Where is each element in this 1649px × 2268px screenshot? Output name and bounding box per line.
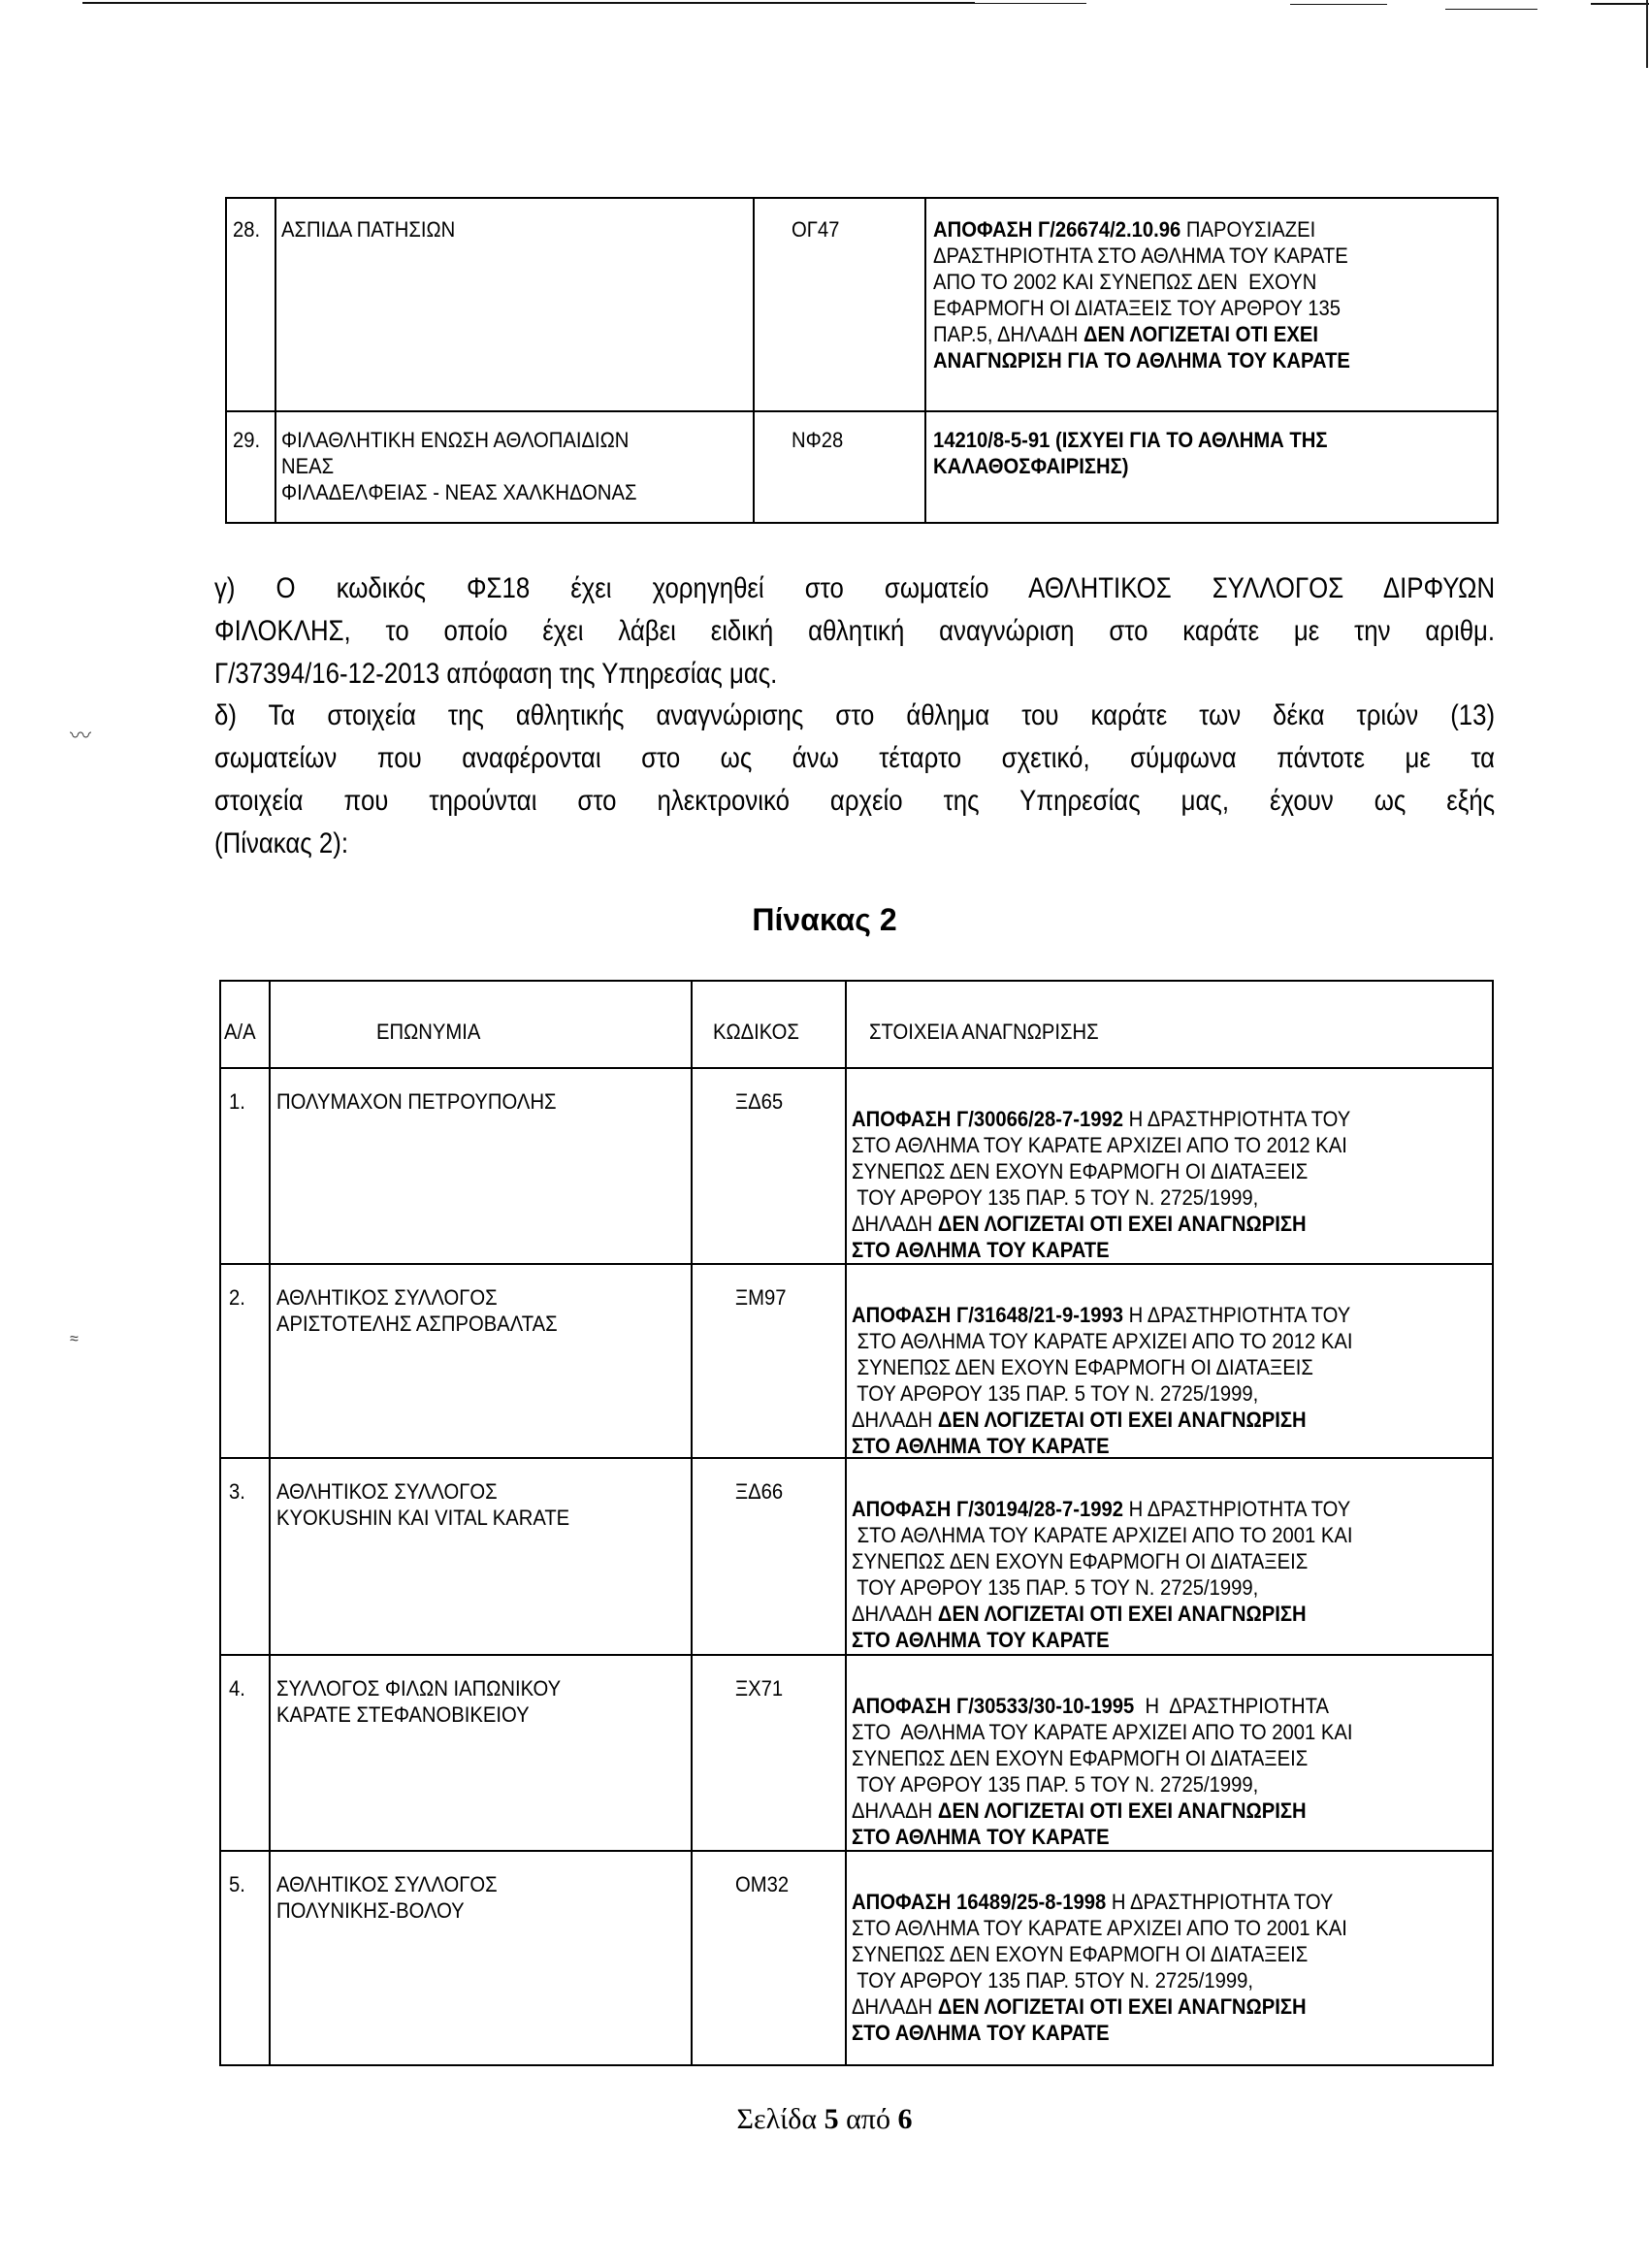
recognition-line: ΣΤΟ ΑΘΛΗΜΑ ΤΟΥ ΚΑΡΑΤΕ [852,1627,1110,1653]
row-number: 28. [233,216,260,243]
recognition-line: ΑΠΟΦΑΣΗ Γ/30194/28-7-1992 Η ΔΡΑΣΤΗΡΙΟΤΗΤ… [852,1496,1350,1522]
recognition-line: ΣΥΝΕΠΩΣ ΔΕΝ ΕΧΟΥΝ ΕΦΑΡΜΟΓΗ ΟΙ ΔΙΑΤΑΞΕΙΣ [852,1745,1308,1771]
paragraph-line: σωματείων που αναφέρονται στο ως άνω τέτ… [214,737,1495,780]
club-name: ΑΘΛΗΤΙΚΟΣ ΣΥΛΛΟΓΟΣ [276,1478,498,1505]
row-number: 2. [229,1284,245,1311]
paragraph-line: (Πίνακας 2): [214,823,1495,865]
recognition-line: ΣΥΝΕΠΩΣ ΔΕΝ ΕΧΟΥΝ ΕΦΑΡΜΟΓΗ ΟΙ ΔΙΑΤΑΞΕΙΣ [852,1941,1308,1967]
page-footer: Σελίδα 5 από 6 [0,2103,1649,2136]
paragraph-line: γ) Ο κωδικός ΦΣ18 έχει χορηγηθεί στο σωμ… [214,567,1495,610]
recognition-line: ΣΥΝΕΠΩΣ ΔΕΝ ΕΧΟΥΝ ΕΦΑΡΜΟΓΗ ΟΙ ΔΙΑΤΑΞΕΙΣ [852,1158,1308,1184]
recognition-line: ΣΤΟ ΑΘΛΗΜΑ ΤΟΥ ΚΑΡΑΤΕ [852,1824,1110,1850]
recognition-line: ΕΦΑΡΜΟΓΗ ΟΙ ΔΙΑΤΑΞΕΙΣ ΤΟΥ ΑΡΘΡΟΥ 135 [933,295,1341,321]
paragraph-line: ΦΙΛΟΚΛΗΣ, το οποίο έχει λάβει ειδική αθλ… [214,610,1495,653]
recognition-line: ΤΟΥ ΑΡΘΡΟΥ 135 ΠΑΡ. 5 ΤΟΥ Ν. 2725/1999, [852,1574,1258,1601]
recognition-line: ΑΠΟΦΑΣΗ Γ/30066/28-7-1992 Η ΔΡΑΣΤΗΡΙΟΤΗΤ… [852,1106,1350,1132]
recognition-line: ΑΠΟ ΤΟ 2002 ΚΑΙ ΣΥΝΕΠΩΣ ΔΕΝ ΕΧΟΥΝ [933,269,1316,295]
club-name: ΑΣΠΙΔΑ ΠΑΤΗΣΙΩΝ [281,216,455,243]
recognition-line: ΣΤΟ ΑΘΛΗΜΑ ΤΟΥ ΚΑΡΑΤΕ ΑΡΧΙΖΕΙ ΑΠΟ ΤΟ 200… [852,1915,1347,1941]
club-code: ΟΓ47 [792,216,839,243]
margin-scribble-icon: ≈ [70,1331,79,1348]
recognition-line: ΤΟΥ ΑΡΘΡΟΥ 135 ΠΑΡ. 5 ΤΟΥ Ν. 2725/1999, [852,1184,1258,1211]
recognition-line: ΣΤΟ ΑΘΛΗΜΑ ΤΟΥ ΚΑΡΑΤΕ ΑΡΧΙΖΕΙ ΑΠΟ ΤΟ 201… [852,1328,1353,1354]
club-name: ΠΟΛΥΝΙΚΗΣ-ΒΟΛΟΥ [276,1897,465,1924]
recognition-line: ΣΤΟ ΑΘΛΗΜΑ ΤΟΥ ΚΑΡΑΤΕ ΑΡΧΙΖΕΙ ΑΠΟ ΤΟ 201… [852,1132,1347,1158]
club-code: ΟΜ32 [735,1871,789,1897]
club-code: ΞΔ66 [735,1478,783,1505]
table-continuation: 28.ΑΣΠΙΔΑ ΠΑΤΗΣΙΩΝΟΓ47ΑΠΟΦΑΣΗ Γ/26674/2.… [225,197,1499,524]
club-name: ΣΥΛΛΟΓΟΣ ΦΙΛΩΝ ΙΑΠΩΝΙΚΟΥ [276,1675,561,1701]
club-name: KYOKUSHIN ΚΑΙ VITAL KARATE [276,1505,569,1531]
recognition-line: ΠΑΡ.5, ΔΗΛΑΔΗ ΔΕΝ ΛΟΓΙΖΕΤΑΙ ΟΤΙ ΕΧΕΙ [933,321,1318,347]
recognition-line: ΣΤΟ ΑΘΛΗΜΑ ΤΟΥ ΚΑΡΑΤΕ [852,2020,1110,2046]
row-number: 29. [233,427,260,453]
header-aa: Α/Α [224,1019,256,1045]
recognition-line: ΔΗΛΑΔΗ ΔΕΝ ΛΟΓΙΖΕΤΑΙ ΟΤΙ ΕΧΕΙ ΑΝΑΓΝΩΡΙΣΗ [852,1407,1307,1433]
recognition-line: ΑΠΟΦΑΣΗ Γ/31648/21-9-1993 Η ΔΡΑΣΤΗΡΙΟΤΗΤ… [852,1302,1350,1328]
club-code: ΞΧ71 [735,1675,783,1701]
recognition-line: ΤΟΥ ΑΡΘΡΟΥ 135 ΠΑΡ. 5 ΤΟΥ Ν. 2725/1999, [852,1771,1258,1798]
recognition-line: ΑΠΟΦΑΣΗ Γ/30533/30-10-1995 Η ΔΡΑΣΤΗΡΙΟΤΗ… [852,1693,1329,1719]
paragraph-line: δ) Τα στοιχεία της αθλητικής αναγνώρισης… [214,695,1495,737]
club-name: ΦΙΛΑΔΕΛΦΕΙΑΣ - ΝΕΑΣ ΧΑΛΚΗΔΟΝΑΣ [281,479,636,505]
row-number: 3. [229,1478,245,1505]
club-code: ΞΔ65 [735,1088,783,1115]
recognition-line: 14210/8-5-91 (ΙΣΧΥΕΙ ΓΙΑ ΤΟ ΑΘΛΗΜΑ ΤΗΣ [933,427,1328,453]
recognition-line: ΔΡΑΣΤΗΡΙΟΤΗΤΑ ΣΤΟ ΑΘΛΗΜΑ ΤΟΥ ΚΑΡΑΤΕ [933,243,1348,269]
header-name: ΕΠΩΝΥΜΙΑ [376,1019,480,1045]
club-code: ΝΦ28 [792,427,843,453]
club-name: ΚΑΡΑΤΕ ΣΤΕΦΑΝΟΒΙΚΕΙΟΥ [276,1701,530,1728]
recognition-line: ΣΤΟ ΑΘΛΗΜΑ ΤΟΥ ΚΑΡΑΤΕ ΑΡΧΙΖΕΙ ΑΠΟ ΤΟ 200… [852,1719,1353,1745]
header-code: ΚΩΔΙΚΟΣ [713,1019,799,1045]
recognition-line: ΑΠΟΦΑΣΗ 16489/25-8-1998 Η ΔΡΑΣΤΗΡΙΟΤΗΤΑ … [852,1889,1333,1915]
recognition-line: ΑΠΟΦΑΣΗ Γ/26674/2.10.96 ΠΑΡΟΥΣΙΑΖΕΙ [933,216,1315,243]
club-code: ΞΜ97 [735,1284,787,1311]
recognition-line: ΔΗΛΑΔΗ ΔΕΝ ΛΟΓΙΖΕΤΑΙ ΟΤΙ ΕΧΕΙ ΑΝΑΓΝΩΡΙΣΗ [852,1993,1307,2020]
club-name: ΑΡΙΣΤΟΤΕΛΗΣ ΑΣΠΡΟΒΑΛΤΑΣ [276,1311,558,1337]
paragraph-d: δ) Τα στοιχεία της αθλητικής αναγνώρισης… [214,695,1495,865]
table-2-title: Πίνακας 2 [0,902,1649,938]
recognition-line: ΤΟΥ ΑΡΘΡΟΥ 135 ΠΑΡ. 5 ΤΟΥ Ν. 2725/1999, [852,1380,1258,1407]
paragraph-line: Γ/37394/16-12-2013 απόφαση της Υπηρεσίας… [214,653,1495,696]
scan-artifact-line [1445,9,1537,10]
scan-artifact-vline [1646,0,1648,68]
recognition-line: ΔΗΛΑΔΗ ΔΕΝ ΛΟΓΙΖΕΤΑΙ ΟΤΙ ΕΧΕΙ ΑΝΑΓΝΩΡΙΣΗ [852,1211,1307,1237]
recognition-line: ΚΑΛΑΘΟΣΦΑΙΡΙΣΗΣ) [933,453,1129,479]
recognition-line: ΔΗΛΑΔΗ ΔΕΝ ΛΟΓΙΖΕΤΑΙ ΟΤΙ ΕΧΕΙ ΑΝΑΓΝΩΡΙΣΗ [852,1601,1307,1627]
page-number: 5 [824,2103,839,2135]
club-name: ΑΘΛΗΤΙΚΟΣ ΣΥΛΛΟΓΟΣ [276,1284,498,1311]
club-name: ΑΘΛΗΤΙΚΟΣ ΣΥΛΛΟΓΟΣ [276,1871,498,1897]
recognition-line: ΔΗΛΑΔΗ ΔΕΝ ΛΟΓΙΖΕΤΑΙ ΟΤΙ ΕΧΕΙ ΑΝΑΓΝΩΡΙΣΗ [852,1798,1307,1824]
recognition-line: ΤΟΥ ΑΡΘΡΟΥ 135 ΠΑΡ. 5ΤΟΥ Ν. 2725/1999, [852,1967,1253,1993]
scan-artifact-line [1290,4,1387,5]
paragraph-c: γ) Ο κωδικός ΦΣ18 έχει χορηγηθεί στο σωμ… [214,567,1495,696]
row-number: 5. [229,1871,245,1897]
scan-artifact-line [82,2,975,4]
club-name: ΦΙΛΑΘΛΗΤΙΚΗ ΕΝΩΣΗ ΑΘΛΟΠΑΙΔΙΩΝ [281,427,629,453]
scan-artifact-line [970,3,1086,4]
recognition-line: ΣΤΟ ΑΘΛΗΜΑ ΤΟΥ ΚΑΡΑΤΕ ΑΡΧΙΖΕΙ ΑΠΟ ΤΟ 200… [852,1522,1353,1548]
club-name: ΠΟΛΥΜΑΧΟΝ ΠΕΤΡΟΥΠΟΛΗΣ [276,1088,557,1115]
recognition-line: ΣΥΝΕΠΩΣ ΔΕΝ ΕΧΟΥΝ ΕΦΑΡΜΟΓΗ ΟΙ ΔΙΑΤΑΞΕΙΣ [852,1354,1313,1380]
scan-artifact-line [1591,3,1649,5]
recognition-line: ΣΤΟ ΑΘΛΗΜΑ ΤΟΥ ΚΑΡΑΤΕ [852,1433,1110,1459]
margin-scribble-icon: 〰 [70,720,91,750]
table-2: Α/ΑΕΠΩΝΥΜΙΑΚΩΔΙΚΟΣΣΤΟΙΧΕΙΑ ΑΝΑΓΝΩΡΙΣΗΣ1.… [219,980,1494,2066]
paragraph-line: στοιχεία που τηρούνται στο ηλεκτρονικό α… [214,780,1495,823]
recognition-line: ΑΝΑΓΝΩΡΙΣΗ ΓΙΑ ΤΟ ΑΘΛΗΜΑ ΤΟΥ ΚΑΡΑΤΕ [933,347,1350,373]
header-recognition: ΣΤΟΙΧΕΙΑ ΑΝΑΓΝΩΡΙΣΗΣ [869,1019,1099,1045]
recognition-line: ΣΥΝΕΠΩΣ ΔΕΝ ΕΧΟΥΝ ΕΦΑΡΜΟΓΗ ΟΙ ΔΙΑΤΑΞΕΙΣ [852,1548,1308,1574]
recognition-line: ΣΤΟ ΑΘΛΗΜΑ ΤΟΥ ΚΑΡΑΤΕ [852,1237,1110,1263]
page-total: 6 [897,2103,912,2135]
row-number: 1. [229,1088,245,1115]
row-number: 4. [229,1675,245,1701]
club-name: ΝΕΑΣ [281,453,334,479]
